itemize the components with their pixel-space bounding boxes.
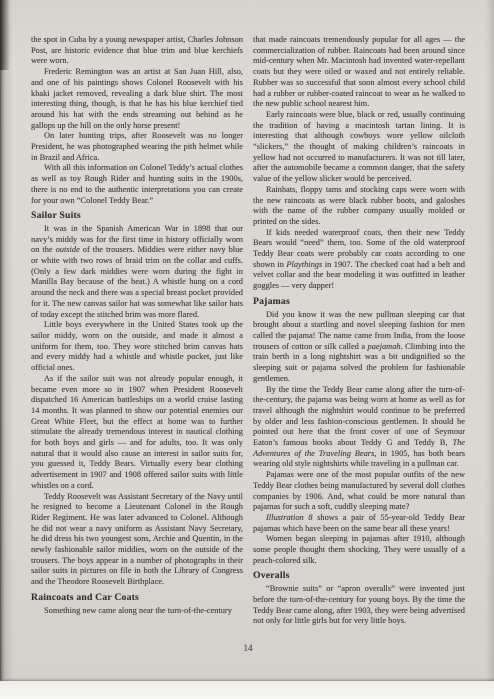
section-heading: Raincoats and Car Coats [31,593,243,604]
page-paper: the spot in Cuba by a young newspaper ar… [0,0,494,681]
body-paragraph: Did you know it was the new pullman slee… [253,310,465,385]
body-paragraph: “Brownie suits” or “apron overalls” were… [253,584,465,627]
section-heading: Pajamas [253,297,465,308]
body-paragraph: As if the sailor suit was not already po… [31,374,243,492]
section-heading: Overalls [253,571,465,582]
page-content: the spot in Cuba by a young newspaper ar… [31,35,465,627]
body-paragraph: Something new came along near the turn-o… [31,606,243,617]
body-paragraph: the spot in Cuba by a young newspaper ar… [31,35,243,67]
text-column-left: the spot in Cuba by a young newspaper ar… [31,35,243,627]
body-paragraph: Teddy Roosevelt was Assistant Secretary … [31,492,243,588]
body-paragraph: By the time the Teddy Bear came along af… [253,385,465,471]
section-heading: Sailor Suits [31,211,243,222]
body-paragraph: On later hunting trips, after Roosevelt … [31,131,243,163]
page-edge-shadow-left [0,0,14,681]
body-paragraph: Little boys everywhere in the United Sta… [31,320,243,374]
scanned-book-page: the spot in Cuba by a young newspaper ar… [0,0,494,699]
body-paragraph: Frederic Remington was an artist at San … [31,67,243,131]
body-paragraph: Pajamas were one of the most popular out… [253,470,465,513]
text-column-right: that made raincoats tremendously popular… [253,35,465,627]
body-paragraph: Rainhats, floppy tams and stocking caps … [253,185,465,228]
body-paragraph: that made raincoats tremendously popular… [253,35,465,110]
page-corner-shadow [0,0,10,70]
scan-background-strip [0,681,494,699]
body-paragraph: With all this information on Colonel Ted… [31,163,243,206]
body-paragraph: It was in the Spanish American War in 18… [31,224,243,320]
body-paragraph: Early raincoats were blue, black or red,… [253,110,465,185]
body-paragraph: Illustration 8 shows a pair of 55-year-o… [253,513,465,534]
body-paragraph: Women began sleeping in pajamas after 19… [253,534,465,566]
page-number: 14 [31,643,465,653]
page-edge-shadow-right [485,0,494,681]
body-paragraph: If kids needed waterproof coats, then th… [253,228,465,292]
